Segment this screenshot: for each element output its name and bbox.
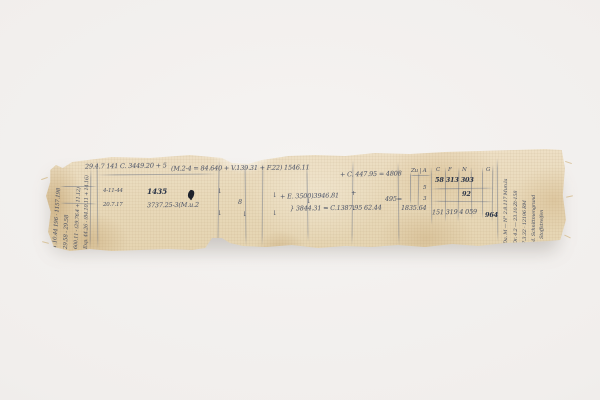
plus-mark: + bbox=[351, 190, 356, 197]
left-margin-note: 29.58 - 29.58 bbox=[64, 215, 71, 249]
right-margin-note: 7.3.32 · 12196 RM bbox=[523, 200, 528, 244]
right-margin-note: Da. M — N° 2.8.117 Mun.la bbox=[504, 179, 509, 244]
down-arrow-mark: ↓ bbox=[351, 205, 356, 212]
ledger-table-header-g: G bbox=[486, 168, 490, 174]
handwriting-top-bracket: (M.2-4 = 84.640 + V.139.31 + F.22) 1546.… bbox=[171, 164, 310, 172]
handwriting-top-opening: 29.4.7 141 C. 3449.20 + 5 bbox=[85, 162, 167, 170]
down-arrow-mark: ↓ bbox=[217, 188, 222, 195]
frayed-thread bbox=[566, 195, 573, 197]
handwriting-entry-date-2: 20.7.17 bbox=[103, 203, 123, 209]
down-arrow-mark: ↓ bbox=[306, 198, 311, 205]
fabric-strip: 29.4.7 141 C. 3449.20 + 5 (M.2-4 = 84.64… bbox=[45, 147, 567, 253]
frayed-thread bbox=[42, 241, 49, 244]
photo-backdrop: 29.4.7 141 C. 3449.20 + 5 (M.2-4 = 84.64… bbox=[0, 0, 600, 400]
down-arrow-mark: ↓ bbox=[217, 210, 222, 217]
ledger-table-header-n: N bbox=[462, 168, 467, 174]
down-arrow-mark: ↓ bbox=[272, 192, 277, 199]
handwriting-entry-value-1: 1435 bbox=[147, 188, 167, 196]
ruled-line-vertical bbox=[97, 160, 99, 250]
frayed-thread bbox=[564, 235, 571, 239]
handwriting-middle-value-b: 1835.64 bbox=[401, 205, 426, 212]
ledger-table-row-3: 151 319 4 059 bbox=[432, 209, 477, 216]
right-margin-note: Stoffstreifen bbox=[540, 210, 545, 239]
down-arrow-mark: ↓ bbox=[242, 211, 247, 218]
right-margin-note: M. Schnittmengrund bbox=[532, 195, 537, 244]
digit-mark: 8 bbox=[238, 199, 242, 206]
ledger-table-header-c: C bbox=[436, 168, 440, 174]
handwriting-entry-value-2: 3737.25-3(M.u.2 bbox=[147, 202, 199, 209]
down-arrow-mark: ↓ bbox=[272, 210, 277, 217]
ledger-table-row-1: 58 313 303 bbox=[435, 177, 474, 184]
frayed-thread bbox=[565, 161, 572, 164]
ruled-line-horizontal bbox=[431, 201, 495, 203]
handwriting-middle-line-2: } 3844.31 = C.1387.95 62.44 bbox=[290, 205, 382, 212]
frayed-thread bbox=[41, 177, 48, 180]
mini-table-value-2: 3 bbox=[423, 197, 426, 203]
left-margin-note: 1.10.44 196 · 1157.198 bbox=[53, 188, 63, 249]
ruled-line-vertical bbox=[497, 158, 499, 242]
handwriting-top-carry: + C. 447.95 = 4808 bbox=[340, 170, 402, 178]
ink-blot bbox=[187, 189, 195, 199]
ruled-line-vertical bbox=[262, 162, 264, 246]
ruled-line-horizontal bbox=[97, 173, 218, 175]
handwriting-entry-date-1: 4-11-44 bbox=[103, 189, 123, 195]
ledger-table-row-2: 92 bbox=[462, 191, 471, 198]
ruled-line-vertical bbox=[244, 162, 246, 246]
mini-table-value-1: 5 bbox=[423, 186, 426, 192]
right-margin-note: Dr. 4.2 — 23.10.Zt-158 bbox=[514, 191, 519, 244]
ledger-table-header-f: F bbox=[448, 168, 452, 174]
ruled-line-vertical bbox=[410, 172, 411, 204]
handwriting-middle-value-a: 495= bbox=[385, 196, 402, 203]
ruled-line-vertical bbox=[482, 167, 483, 219]
ledger-table-row-3-last: 964 bbox=[485, 212, 498, 219]
left-margin-note: 600.11 - (29.76.4 + 11.12) bbox=[74, 187, 82, 249]
ruled-line-horizontal bbox=[410, 175, 431, 176]
mini-table-header: Zu | A bbox=[411, 169, 427, 175]
